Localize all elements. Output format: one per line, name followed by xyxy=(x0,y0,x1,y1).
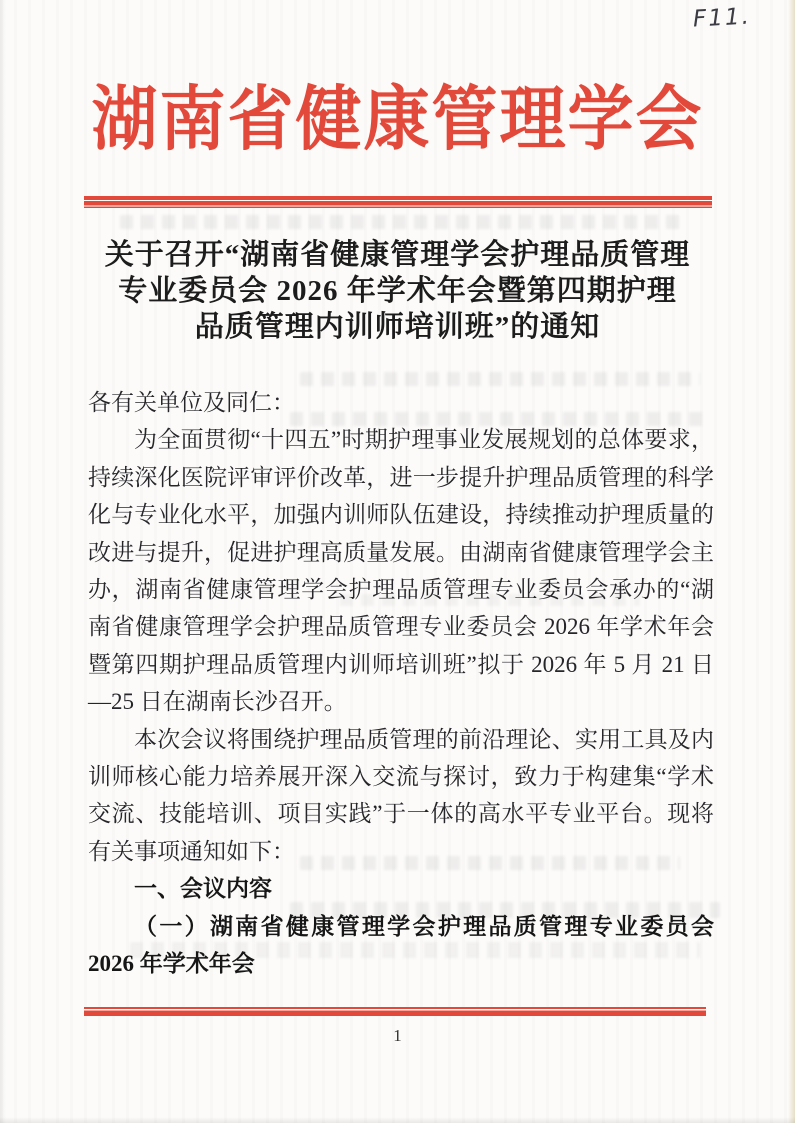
scan-edge-right xyxy=(788,0,795,1123)
footer-red-rule xyxy=(84,1007,706,1016)
salutation: 各有关单位及同仁： xyxy=(88,384,714,421)
body-paragraph-1: 为全面贯彻“十四五”时期护理事业发展规划的总体要求，持续深化医院评审评价改革，进… xyxy=(88,421,714,720)
document-title-line-3: 品质管理内训师培训班”的通知 xyxy=(58,309,737,345)
document-title-line-1: 关于召开“湖南省健康管理学会护理品质管理 xyxy=(58,237,737,273)
list-item-annual-conference: （一）湖南省健康管理学会护理品质管理专业委员会 2026 年学术年会 xyxy=(88,908,714,983)
letterhead-red-rule xyxy=(84,196,712,208)
document-title: 关于召开“湖南省健康管理学会护理品质管理 专业委员会 2026 年学术年会暨第四… xyxy=(58,237,737,345)
page-number: 1 xyxy=(0,1026,795,1046)
letterhead-org-name: 湖南省健康管理学会 xyxy=(0,78,795,165)
scan-edge-left xyxy=(0,0,6,1123)
scan-edge-bottom xyxy=(0,1117,795,1123)
document-body: 各有关单位及同仁： 为全面贯彻“十四五”时期护理事业发展规划的总体要求，持续深化… xyxy=(88,384,714,983)
document-title-line-2: 专业委员会 2026 年学术年会暨第四期护理 xyxy=(58,273,737,309)
body-paragraph-2: 本次会议将围绕护理品质管理的前沿理论、实用工具及内训师核心能力培养展开深入交流与… xyxy=(88,721,714,871)
handwritten-annotation: F11. xyxy=(693,4,752,33)
bleed-through-artifact xyxy=(120,215,680,229)
scanned-notice-page: F11. 湖南省健康管理学会 关于召开“湖南省健康管理学会护理品质管理 专业委员… xyxy=(0,0,795,1123)
section-heading-meeting-content: 一、会议内容 xyxy=(88,870,714,907)
